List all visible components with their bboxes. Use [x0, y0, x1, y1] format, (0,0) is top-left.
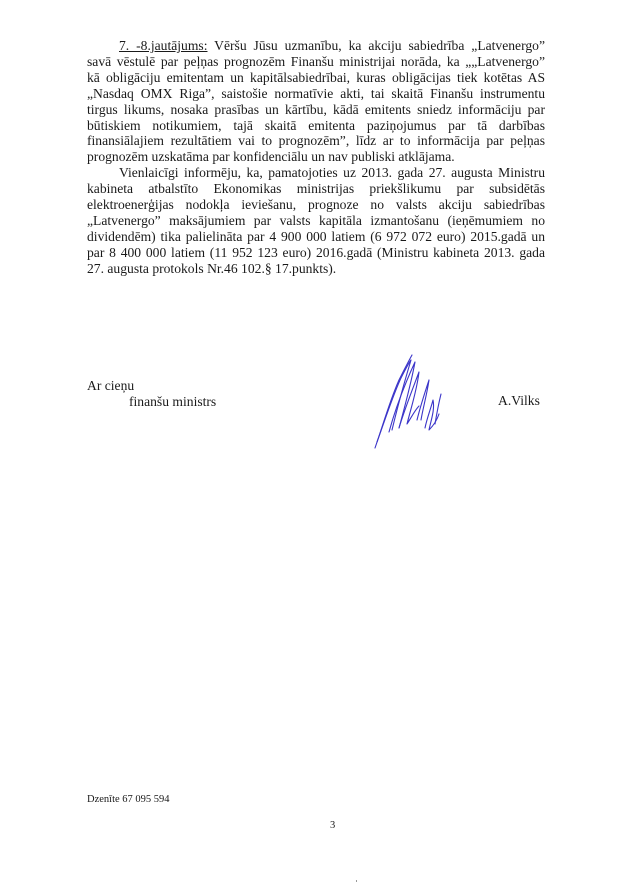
paragraph2-line-7: 27. augusta protokols Nr.46 102.§ 17.pun…: [87, 261, 545, 277]
page-number: 3: [330, 820, 335, 831]
paragraph1-line-8: prognozēm uzskatāma par konfidenciālu un…: [87, 149, 545, 165]
salutation: Ar cieņu: [87, 378, 216, 394]
signer-name: A.Vilks: [498, 393, 540, 409]
letter-body: 7. -8.jautājums: Vēršu Jūsu uzmanību, ka…: [87, 38, 545, 277]
paragraph2-line-2: kabineta atbalstīto Ekonomikas ministrij…: [87, 181, 545, 197]
handwritten-signature-icon: [365, 350, 450, 450]
paragraph1-line-1: 7. -8.jautājums: Vēršu Jūsu uzmanību, ka…: [87, 38, 545, 54]
paragraph2-line-5: dividendēm) tika palielināta par 4 900 0…: [87, 229, 545, 245]
paragraph2-line-3: elektroenerģijas nodokļa ieviešanu, prog…: [87, 197, 545, 213]
paragraph2-line-4: „Latvenergo” maksājumiem par valsts kapi…: [87, 213, 545, 229]
document-page: 7. -8.jautājums: Vēršu Jūsu uzmanību, ka…: [0, 0, 630, 891]
paragraph2-line-6: par 8 400 000 latiem (11 952 123 euro) 2…: [87, 245, 545, 261]
question-reference: 7. -8.jautājums:: [119, 38, 207, 53]
signer-title: finanšu ministrs: [87, 394, 216, 410]
paragraph1-line-5: tirgus likums, nosaka prasības un kārtīb…: [87, 102, 545, 118]
paragraph2-line-1: Vienlaicīgi informēju, ka, pamatojoties …: [87, 165, 545, 181]
contact-line: Dzenīte 67 095 594: [87, 794, 170, 805]
paragraph1-line-3: kā obligāciju emitentam un kapitālsabied…: [87, 70, 545, 86]
scan-speck: [356, 880, 357, 882]
paragraph1-line-6: būtiskiem notikumiem, tajā skaitā emiten…: [87, 118, 545, 134]
paragraph1-line-2: savā vēstulē par peļņas prognozēm Finanš…: [87, 54, 545, 70]
paragraph1-line-7: finansiālajiem rezultātiem vai to progno…: [87, 133, 545, 149]
closing-block: Ar cieņu finanšu ministrs: [87, 378, 216, 410]
paragraph1-line-4: „Nasdaq OMX Riga”, saistošie normatīvie …: [87, 86, 545, 102]
